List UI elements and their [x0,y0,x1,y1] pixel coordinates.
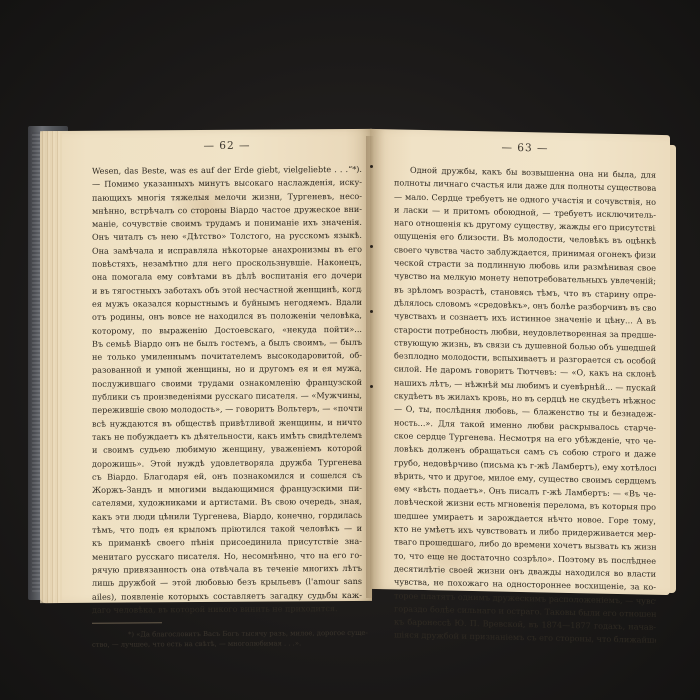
right-page-body: Одной дружбы, какъ бы возвышенна она ни … [394,163,656,647]
text-line: пережившіе свою молодость», — говоритъ В… [92,402,362,417]
binding-stitch [370,165,373,168]
text-line: даго человѣка, въ которой никого винить … [92,602,362,617]
page-number-left: — 62 — [92,139,362,153]
footnote: *) «Да благословитъ Васъ Богъ тысячу раз… [92,628,362,650]
text-line: отъ родины, онъ вовсе не находился въ по… [92,309,362,324]
binding-stitch [370,310,373,313]
page-number-right: — 63 — [394,139,656,156]
page-edges [40,131,62,603]
text-line: лишь дружбой — этой любовью безъ крыльев… [92,575,362,590]
binding-stitch [370,385,373,388]
book-gutter [366,136,376,598]
right-page: — 63 — Одной дружбы, какъ бы возвышенна … [370,129,670,595]
left-page-content: — 62 — Wesen, das Beste, was es auf der … [92,129,362,650]
text-line: — Помимо указанныхъ минутъ высокаго насл… [92,176,362,191]
text-line: ство, — лучшее, что есть на свѣтѣ, — мно… [92,638,362,650]
text-line: и своимъ судьею любимую женщину, уважені… [92,442,362,457]
left-page: — 62 — Wesen, das Beste, was es auf der … [40,129,372,603]
right-page-content: — 63 — Одной дружбы, какъ бы возвышенна … [394,129,656,647]
text-line: къ приманкѣ своего пѣнія присоединила пр… [92,535,362,550]
binding-stitch [370,245,373,248]
left-page-body: Wesen, das Beste, was es auf der Erde gi… [92,163,362,617]
footnote-divider [92,622,162,623]
